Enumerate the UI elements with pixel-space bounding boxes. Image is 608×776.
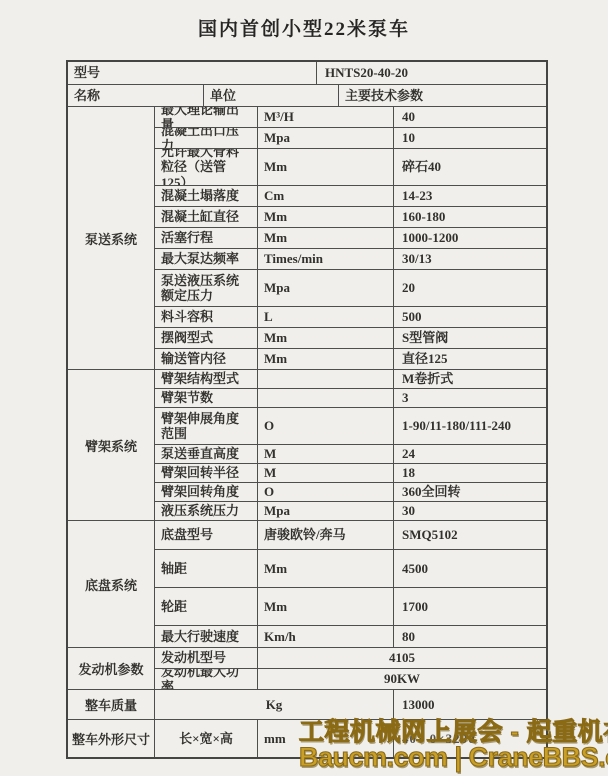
group-section: 泵送系统最大理论输出量M³/H40混凝土出口压力Mpa10允许最大骨料粒径（送管… bbox=[68, 107, 546, 370]
spec-row: 臂架回转半径M18 bbox=[155, 464, 546, 483]
param-unit: O bbox=[258, 408, 394, 445]
param-unit: Cm bbox=[258, 186, 394, 207]
param-name: 输送管内径 bbox=[155, 349, 258, 370]
spec-row: 轮距Mm1700 bbox=[155, 588, 546, 626]
param-unit: M bbox=[258, 445, 394, 464]
spec-row: 臂架回转角度O360全回转 bbox=[155, 483, 546, 502]
group-rows: 发动机型号4105发动机最大功率90KW bbox=[155, 648, 546, 690]
scanned-spec-sheet: 国内首创小型22米泵车 型号HNTS20-40-20名称单位主要技术参数泵送系统… bbox=[0, 0, 608, 776]
param-name: 轴距 bbox=[155, 550, 258, 588]
param-name: 泵送垂直高度 bbox=[155, 445, 258, 464]
param-name: 臂架伸展角度范围 bbox=[155, 408, 258, 445]
spec-row: 轴距Mm4500 bbox=[155, 550, 546, 588]
param-unit: Mm bbox=[258, 207, 394, 228]
param-value: 40 bbox=[394, 107, 546, 128]
spec-row: 最大行驶速度Km/h80 bbox=[155, 626, 546, 648]
spec-row: 最大理论输出量M³/H40 bbox=[155, 107, 546, 128]
group-section: 底盘系统底盘型号唐骏欧铃/奔马SMQ5102轴距Mm4500轮距Mm1700最大… bbox=[68, 521, 546, 648]
param-unit: Times/min bbox=[258, 249, 394, 270]
param-value: 90KW bbox=[258, 669, 546, 690]
spec-row: 臂架伸展角度范围O1-90/11-180/111-240 bbox=[155, 408, 546, 445]
model-row: 型号HNTS20-40-20 bbox=[68, 62, 546, 85]
spec-row: 发动机型号4105 bbox=[155, 648, 546, 669]
param-name: 泵送液压系统额定压力 bbox=[155, 270, 258, 307]
param-unit: L bbox=[258, 307, 394, 328]
param-unit: 唐骏欧铃/奔马 bbox=[258, 521, 394, 550]
param-unit: Mm bbox=[258, 149, 394, 186]
param-value: 360全回转 bbox=[394, 483, 546, 502]
group-rows: 臂架结构型式M卷折式臂架节数3臂架伸展角度范围O1-90/11-180/111-… bbox=[155, 370, 546, 521]
param-name: 最大泵达频率 bbox=[155, 249, 258, 270]
spec-row: 允许最大骨料粒径（送管125）Mm碎石40 bbox=[155, 149, 546, 186]
param-name: 最大理论输出量 bbox=[155, 107, 258, 128]
spec-row: 液压系统压力Mpa30 bbox=[155, 502, 546, 521]
spec-row: 输送管内径Mm直径125 bbox=[155, 349, 546, 370]
param-value: 1-90/11-180/111-240 bbox=[394, 408, 546, 445]
param-value: 4500 bbox=[394, 550, 546, 588]
group-rows: 底盘型号唐骏欧铃/奔马SMQ5102轴距Mm4500轮距Mm1700最大行驶速度… bbox=[155, 521, 546, 648]
param-value: 4105 bbox=[258, 648, 546, 669]
param-name: 发动机最大功率 bbox=[155, 669, 258, 690]
param-value: 80 bbox=[394, 626, 546, 648]
model-value: HNTS20-40-20 bbox=[317, 62, 546, 85]
param-value: 10 bbox=[394, 128, 546, 149]
param-unit bbox=[258, 370, 394, 389]
param-unit: Km/h bbox=[258, 626, 394, 648]
param-name: 长×宽×高 bbox=[155, 720, 258, 757]
spec-row: 泵送垂直高度M24 bbox=[155, 445, 546, 464]
param-value: 14-23 bbox=[394, 186, 546, 207]
spec-row: 臂架结构型式M卷折式 bbox=[155, 370, 546, 389]
param-name: 混凝土出口压力 bbox=[155, 128, 258, 149]
spec-row: 混凝土塌落度Cm14-23 bbox=[155, 186, 546, 207]
param-value: S型管阀 bbox=[394, 328, 546, 349]
param-name: 臂架回转半径 bbox=[155, 464, 258, 483]
spec-row: 最大泵达频率Times/min30/13 bbox=[155, 249, 546, 270]
header-name: 名称 bbox=[68, 85, 204, 107]
param-unit: Mm bbox=[258, 328, 394, 349]
param-value: 3 bbox=[394, 389, 546, 408]
param-unit: Mm bbox=[258, 228, 394, 249]
header-unit: 单位 bbox=[204, 85, 339, 107]
param-unit bbox=[258, 389, 394, 408]
header-params: 主要技术参数 bbox=[339, 85, 546, 107]
param-value: 160-180 bbox=[394, 207, 546, 228]
param-value: 30/13 bbox=[394, 249, 546, 270]
spec-row: 混凝土缸直径Mm160-180 bbox=[155, 207, 546, 228]
group-rows: 最大理论输出量M³/H40混凝土出口压力Mpa10允许最大骨料粒径（送管125）… bbox=[155, 107, 546, 370]
model-label: 型号 bbox=[68, 62, 317, 85]
param-name: 混凝土缸直径 bbox=[155, 207, 258, 228]
param-name: 摆阀型式 bbox=[155, 328, 258, 349]
param-name: 液压系统压力 bbox=[155, 502, 258, 521]
param-unit: Mpa bbox=[258, 128, 394, 149]
param-name: 底盘型号 bbox=[155, 521, 258, 550]
param-value: 1700 bbox=[394, 588, 546, 626]
group-section: 臂架系统臂架结构型式M卷折式臂架节数3臂架伸展角度范围O1-90/11-180/… bbox=[68, 370, 546, 521]
spec-row: 混凝土出口压力Mpa10 bbox=[155, 128, 546, 149]
group-label: 整车外形尺寸 bbox=[68, 720, 155, 757]
spec-row: 臂架节数3 bbox=[155, 389, 546, 408]
param-unit: Mm bbox=[258, 550, 394, 588]
param-name: 臂架节数 bbox=[155, 389, 258, 408]
param-unit: O bbox=[258, 483, 394, 502]
spec-row: 发动机最大功率90KW bbox=[155, 669, 546, 690]
group-label: 底盘系统 bbox=[68, 521, 155, 648]
param-unit: Mpa bbox=[258, 270, 394, 307]
param-name: 活塞行程 bbox=[155, 228, 258, 249]
watermark-url: Baucm.com | CraneBBS.com bbox=[299, 742, 608, 773]
spec-row: 摆阀型式MmS型管阀 bbox=[155, 328, 546, 349]
param-value: 500 bbox=[394, 307, 546, 328]
group-label: 整车质量 bbox=[68, 690, 155, 720]
param-value: 20 bbox=[394, 270, 546, 307]
group-label: 臂架系统 bbox=[68, 370, 155, 521]
param-unit: M bbox=[258, 464, 394, 483]
spec-row: 活塞行程Mm1000-1200 bbox=[155, 228, 546, 249]
param-name: 允许最大骨料粒径（送管125） bbox=[155, 149, 258, 186]
param-value: 直径125 bbox=[394, 349, 546, 370]
param-name: 最大行驶速度 bbox=[155, 626, 258, 648]
spec-row: 料斗容积L500 bbox=[155, 307, 546, 328]
param-value: 24 bbox=[394, 445, 546, 464]
param-value: 碎石40 bbox=[394, 149, 546, 186]
group-label: 泵送系统 bbox=[68, 107, 155, 370]
spec-row: 泵送液压系统额定压力Mpa20 bbox=[155, 270, 546, 307]
param-unit: Mm bbox=[258, 349, 394, 370]
param-unit: M³/H bbox=[258, 107, 394, 128]
param-name: 混凝土塌落度 bbox=[155, 186, 258, 207]
param-name: 臂架回转角度 bbox=[155, 483, 258, 502]
param-name: 轮距 bbox=[155, 588, 258, 626]
param-value: SMQ5102 bbox=[394, 521, 546, 550]
page-title: 国内首创小型22米泵车 bbox=[0, 14, 608, 41]
spec-row: 底盘型号唐骏欧铃/奔马SMQ5102 bbox=[155, 521, 546, 550]
param-name: 料斗容积 bbox=[155, 307, 258, 328]
param-name: 发动机型号 bbox=[155, 648, 258, 669]
param-name: 臂架结构型式 bbox=[155, 370, 258, 389]
spec-table: 型号HNTS20-40-20名称单位主要技术参数泵送系统最大理论输出量M³/H4… bbox=[66, 60, 548, 759]
param-value: 1000-1200 bbox=[394, 228, 546, 249]
columns-header-row: 名称单位主要技术参数 bbox=[68, 85, 546, 107]
group-label: 发动机参数 bbox=[68, 648, 155, 690]
param-value: 18 bbox=[394, 464, 546, 483]
param-unit: Mm bbox=[258, 588, 394, 626]
group-section: 发动机参数发动机型号4105发动机最大功率90KW bbox=[68, 648, 546, 690]
param-value: 30 bbox=[394, 502, 546, 521]
param-value: M卷折式 bbox=[394, 370, 546, 389]
param-unit: Mpa bbox=[258, 502, 394, 521]
